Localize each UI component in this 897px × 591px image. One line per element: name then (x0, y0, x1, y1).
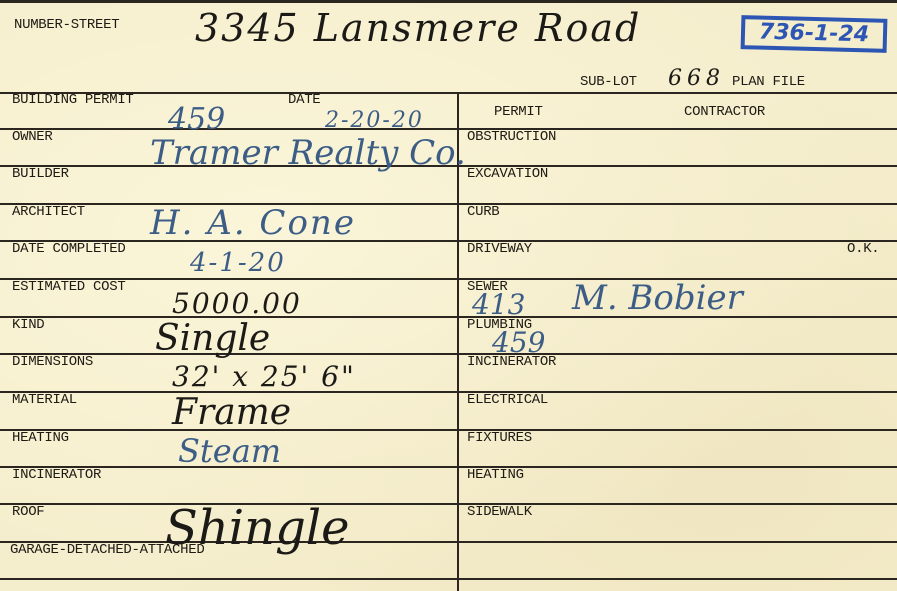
building-permit-value: 459 (168, 102, 225, 137)
owner-label: OWNER (12, 129, 53, 145)
permit-column-header: PERMIT (494, 104, 543, 120)
material-value: Frame (172, 392, 291, 433)
rule (0, 466, 897, 468)
roof-value: Shingle (165, 500, 350, 556)
rule (0, 503, 897, 505)
sewer-contractor-value: M. Bobier (572, 278, 743, 318)
builder-label: BUILDER (12, 166, 69, 182)
sidewalk-label: SIDEWALK (467, 504, 532, 520)
heating-value: Steam (178, 432, 281, 470)
dimensions-label: DIMENSIONS (12, 354, 93, 370)
sub-lot-value: 668 (668, 66, 725, 91)
architect-value: H. A. Cone (150, 203, 356, 243)
obstruction-label: OBSTRUCTION (467, 129, 556, 145)
rule (0, 240, 897, 242)
permit-card: NUMBER-STREET 3345 Lansmere Road 736-1-2… (0, 0, 897, 591)
kind-label: KIND (12, 317, 44, 333)
rule (0, 203, 897, 205)
date-label: DATE (288, 92, 320, 108)
plumbing-permit-value: 459 (492, 326, 545, 359)
file-stamp: 736-1-24 (741, 15, 888, 53)
plan-file-label: PLAN FILE (732, 74, 805, 90)
rule (0, 353, 897, 355)
kind-value: Single (155, 318, 270, 359)
contractor-column-header: CONTRACTOR (684, 104, 765, 120)
date-completed-value: 4-1-20 (190, 248, 286, 278)
date-completed-label: DATE COMPLETED (12, 241, 125, 257)
rule (0, 128, 897, 130)
heating-label: HEATING (12, 430, 69, 446)
rule (0, 316, 897, 318)
sub-lot-label: SUB-LOT (580, 74, 637, 90)
building-permit-label: BUILDING PERMIT (12, 92, 134, 108)
driveway-label: DRIVEWAY (467, 241, 532, 257)
rule (0, 578, 897, 580)
excavation-label: EXCAVATION (467, 166, 548, 182)
number-street-value: 3345 Lansmere Road (195, 6, 641, 50)
rule (0, 391, 897, 393)
card-top-edge (0, 0, 897, 3)
estimated-cost-value: 5000.00 (172, 287, 302, 320)
dimensions-value: 32' x 25' 6" (172, 360, 356, 393)
sewer-permit-value: 413 (472, 288, 525, 321)
number-street-label: NUMBER-STREET (14, 17, 119, 33)
curb-label: CURB (467, 204, 499, 220)
heating-permit-label: HEATING (467, 467, 524, 483)
rule (0, 429, 897, 431)
estimated-cost-label: ESTIMATED COST (12, 279, 125, 295)
date-value: 2-20-20 (325, 108, 424, 133)
roof-label: ROOF (12, 504, 44, 520)
fixtures-label: FIXTURES (467, 430, 532, 446)
driveway-note: O.K. (847, 241, 879, 257)
rule (0, 278, 897, 280)
owner-value: Tramer Realty Co. (150, 133, 466, 173)
rule (0, 92, 897, 94)
electrical-label: ELECTRICAL (467, 392, 548, 408)
material-label: MATERIAL (12, 392, 77, 408)
incinerator-label: INCINERATOR (12, 467, 101, 483)
architect-label: ARCHITECT (12, 204, 85, 220)
